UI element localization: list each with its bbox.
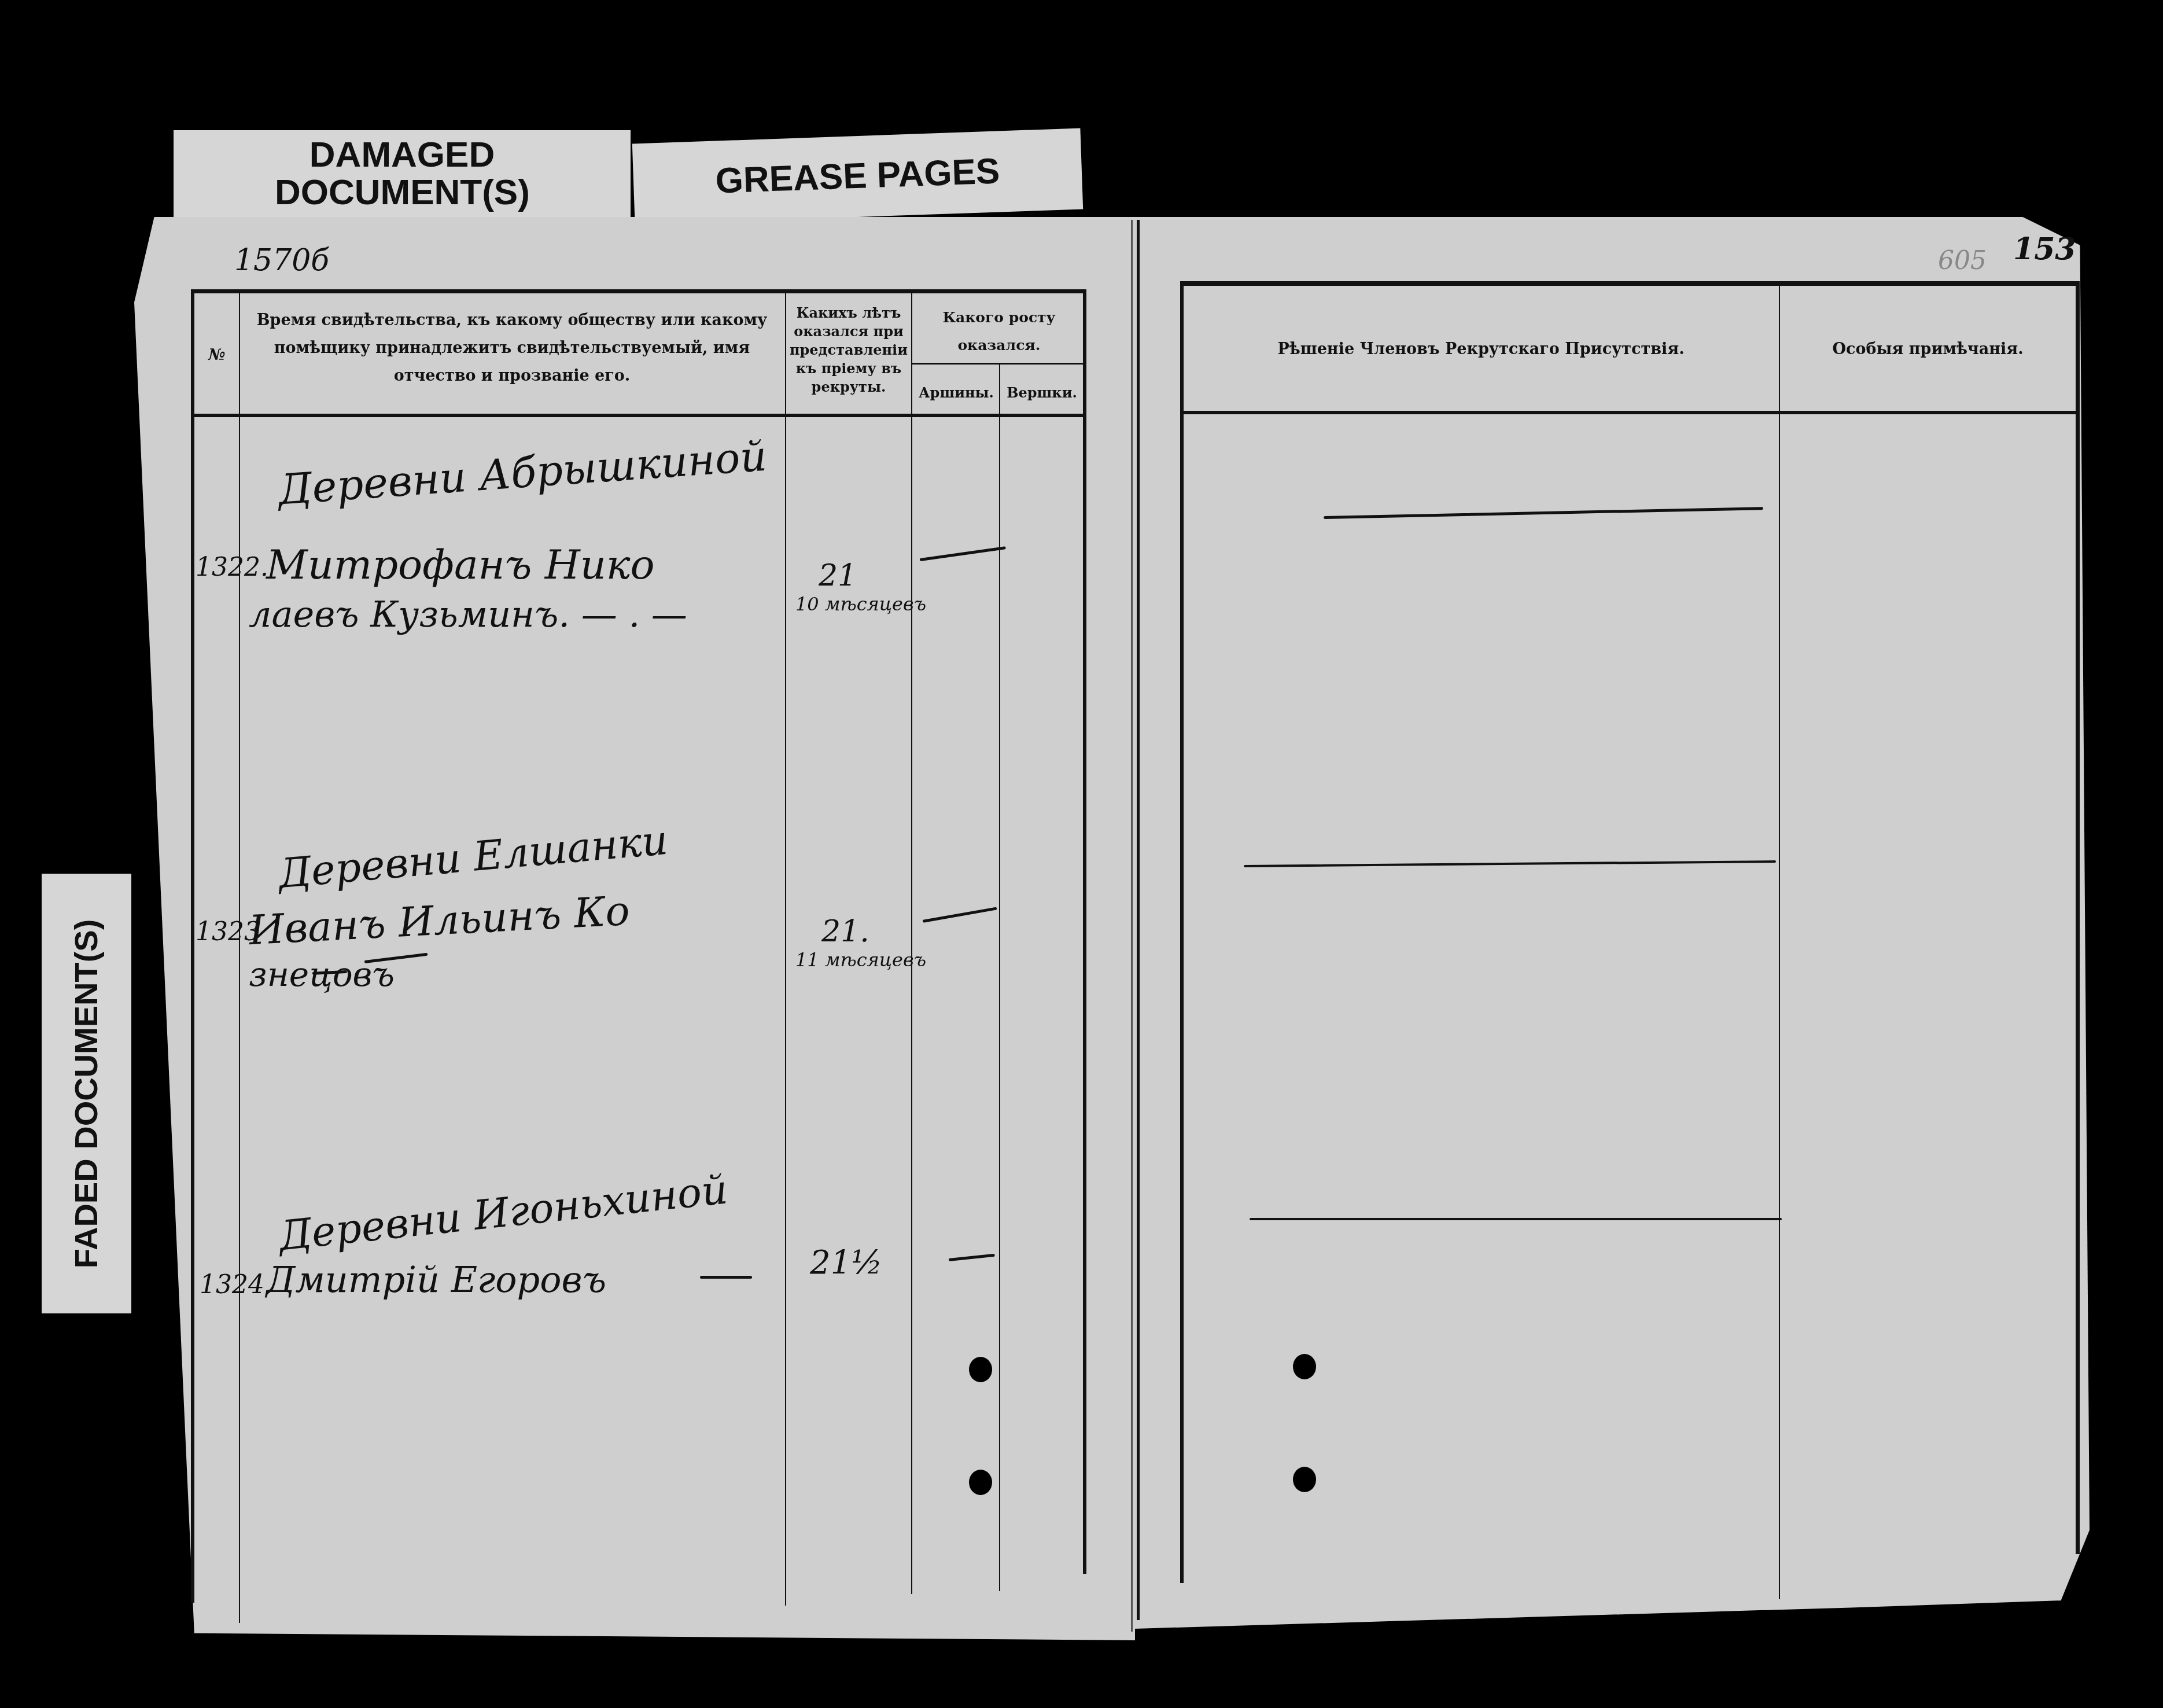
header-remarks: Особыя примѣчанія. xyxy=(1782,336,2074,363)
grease-pages-label: GREASE PAGES xyxy=(632,128,1083,225)
page-spine xyxy=(1131,220,1133,1632)
left-page-number: 1570б xyxy=(234,243,329,278)
header-number: № xyxy=(197,341,237,369)
entry-age: 21½ xyxy=(810,1244,883,1282)
header-decision: Рѣшеніе Членовъ Рекрутскаго Присутствія. xyxy=(1186,336,1776,363)
header-description: Время свидѣтельства, къ какому обществу … xyxy=(246,307,778,390)
entry-age-note: 10 мѣсяцевъ xyxy=(795,593,926,615)
entry-age: 21 xyxy=(819,558,857,593)
header-arshin: Аршины. xyxy=(913,379,1000,407)
faded-document-label: FADED DOCUMENT(S) xyxy=(42,874,131,1313)
binding-hole xyxy=(1293,1467,1316,1492)
right-page-number-faded: 605 xyxy=(1938,246,1987,275)
header-age: Какихъ лѣтъ оказался при представленіи к… xyxy=(788,304,909,396)
grease-pages-text: GREASE PAGES xyxy=(715,153,1001,200)
right-page-number: 153 xyxy=(2013,231,2076,267)
entry-age: 21. xyxy=(821,914,869,949)
damaged-document-label: DAMAGED DOCUMENT(S) xyxy=(174,130,631,217)
binding-hole xyxy=(969,1470,992,1495)
decision-dash xyxy=(1250,1218,1782,1220)
damaged-document-text: DAMAGED DOCUMENT(S) xyxy=(275,136,529,211)
entry-number: 1322. xyxy=(196,553,268,582)
right-page xyxy=(1135,217,2090,1629)
entry-age-note: 11 мѣсяцевъ xyxy=(795,949,926,971)
faded-document-text: FADED DOCUMENT(S) xyxy=(69,919,104,1268)
entry-name-line2: лаевъ Кузьминъ. — . — xyxy=(249,593,687,635)
header-vershok: Вершки. xyxy=(1001,379,1083,407)
entry-number: 1324. xyxy=(200,1270,272,1300)
binding-hole xyxy=(1293,1354,1316,1379)
header-height: Какого росту оказался. xyxy=(915,304,1083,359)
binding-hole xyxy=(969,1357,992,1382)
entry-name-line1: Дмитрій Егоровъ xyxy=(266,1258,606,1301)
entry-name-line1: Митрофанъ Нико xyxy=(266,541,655,588)
